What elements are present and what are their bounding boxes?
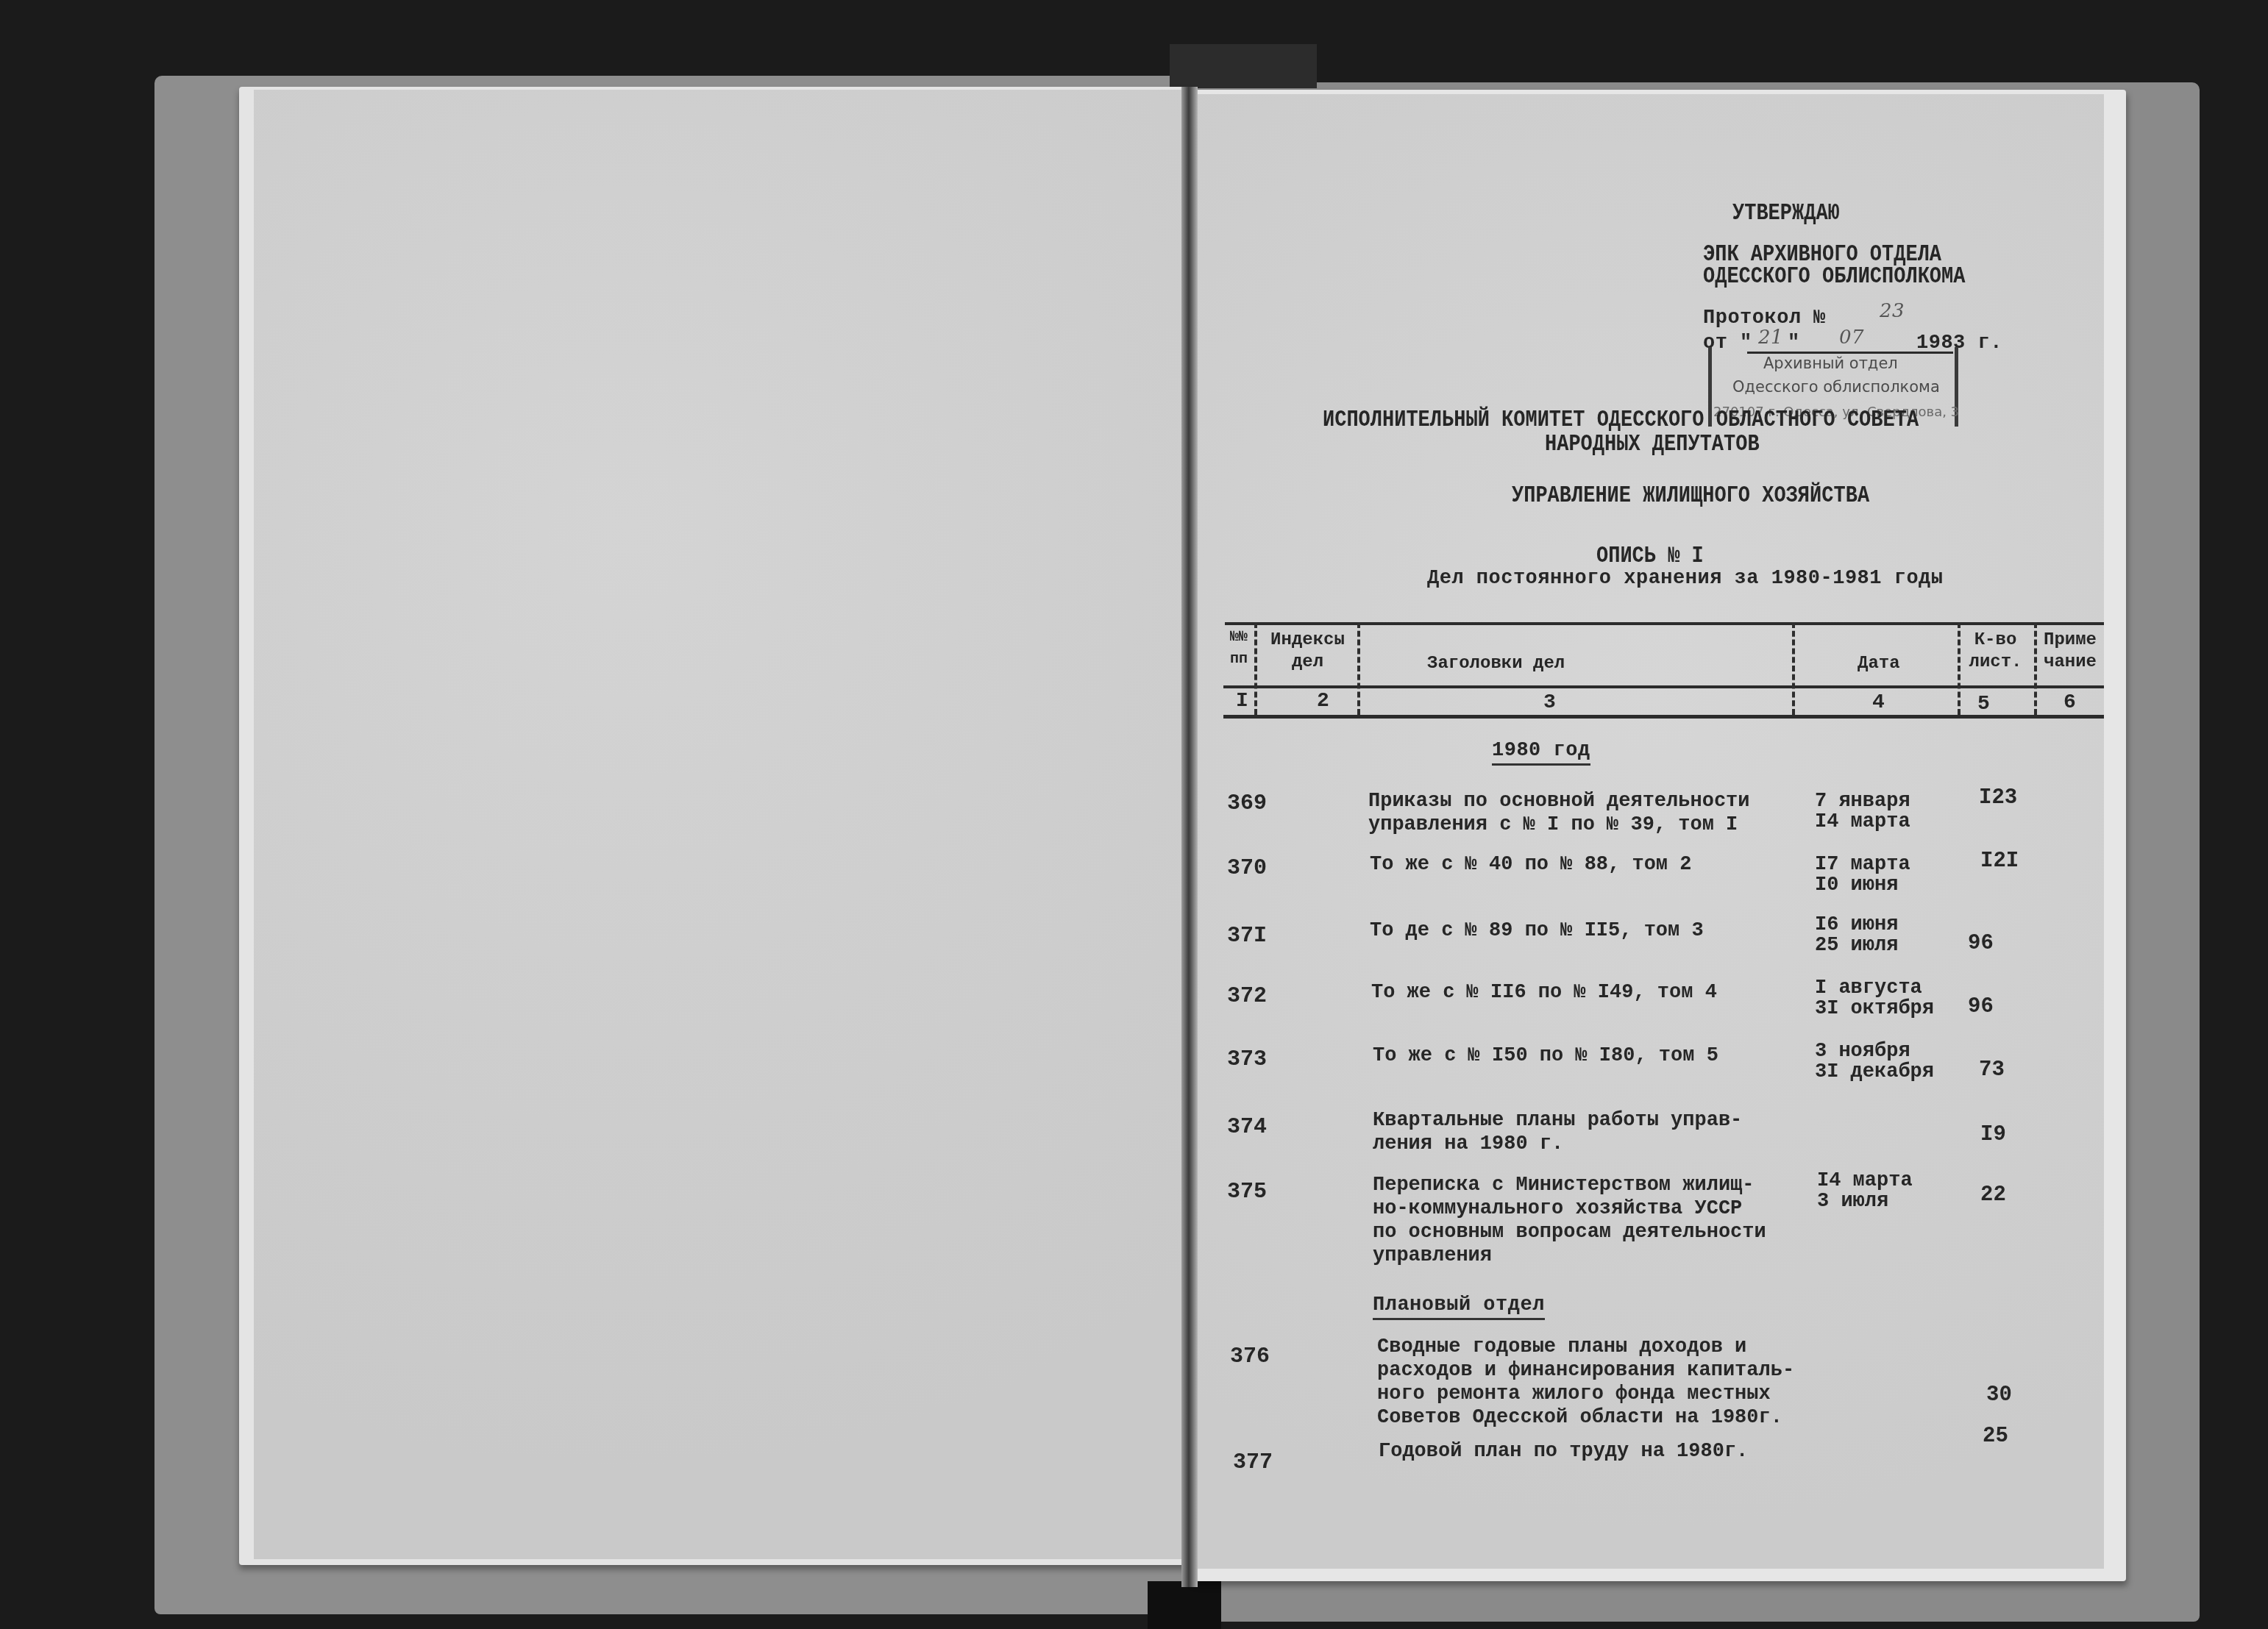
table-bottom-rule	[1223, 715, 2104, 719]
col-number: 6	[2063, 691, 2076, 714]
protocol-date-day-handwritten: 21	[1758, 327, 1783, 349]
row-sheets: I9	[1980, 1122, 2006, 1147]
department-title: УПРАВЛЕНИЕ ЖИЛИЩНОГО ХОЗЯЙСТВА	[1512, 484, 1869, 510]
year-heading: 1980 год	[1492, 740, 1590, 766]
row-title: То же с № 40 по № 88, том 2	[1370, 853, 1691, 877]
inventory-subtitle: Дел постоянного хранения за 1980-1981 го…	[1427, 568, 1944, 590]
row-number: 375	[1227, 1180, 1267, 1205]
row-title: То же с № II6 по № I49, том 4	[1371, 981, 1717, 1005]
col-number: 5	[1977, 693, 1990, 716]
inventory-title: ОПИСЬ № I	[1596, 544, 1704, 570]
row-title: То де с № 89 по № II5, том 3	[1370, 919, 1704, 943]
row-sheets: I23	[1979, 785, 2017, 810]
row-date: I6 июня 25 июля	[1815, 915, 1898, 956]
row-number: 373	[1227, 1047, 1267, 1072]
col-number: 4	[1872, 691, 1885, 714]
protocol-number-handwritten: 23	[1880, 300, 1905, 322]
row-sheets: 25	[1983, 1424, 2008, 1448]
row-sheets: 96	[1968, 931, 1994, 955]
table-header-rule	[1223, 685, 2104, 688]
left-page-blank	[254, 90, 1188, 1559]
approval-title: УТВЕРЖДАЮ	[1732, 202, 1840, 227]
col-header-note: Приме чание	[2036, 630, 2104, 674]
row-date: 3 ноября 3I декабря	[1815, 1041, 1934, 1083]
row-title: То же с № I50 по № I80, том 5	[1373, 1044, 1718, 1068]
book-spine-top	[1170, 44, 1317, 88]
col-number: 3	[1543, 691, 1556, 714]
book-gutter	[1181, 87, 1198, 1587]
col-header-date: Дата	[1858, 653, 1900, 675]
row-sheets: 22	[1980, 1183, 2006, 1207]
row-number: 370	[1227, 856, 1267, 881]
col-header-titles: Заголовки дел	[1427, 653, 1565, 675]
column-divider	[1254, 622, 1257, 715]
book-spine-bottom	[1148, 1581, 1221, 1629]
row-title: Квартальные планы работы управ- ления на…	[1373, 1109, 1742, 1156]
row-number: 369	[1227, 791, 1267, 816]
org-title-line2: НАРОДНЫХ ДЕПУТАТОВ	[1545, 432, 1760, 458]
row-date: I августа 3I октября	[1815, 978, 1934, 1019]
row-number: 376	[1230, 1344, 1270, 1369]
org-title-line1: ИСПОЛНИТЕЛЬНЫЙ КОМИТЕТ ОДЕССКОГО ОБЛАСТН…	[1323, 408, 1919, 434]
stamp-line2: Одесского облисполкома	[1732, 378, 1940, 396]
row-number: 372	[1227, 984, 1267, 1009]
row-title: Годовой план по труду на 1980г.	[1379, 1440, 1748, 1464]
row-sheets: I2I	[1980, 849, 2019, 873]
col-header-sheets: К-во лист.	[1960, 630, 2030, 674]
row-title: Переписка с Министерством жилищ- но-комм…	[1373, 1174, 1766, 1268]
row-number: 377	[1233, 1450, 1273, 1475]
row-number: 374	[1227, 1115, 1267, 1140]
row-date: I4 марта 3 июля	[1817, 1171, 1913, 1212]
row-sheets: 73	[1979, 1058, 2005, 1082]
column-divider	[1357, 622, 1360, 715]
approval-authority-line2: ОДЕССКОГО ОБЛИСПОЛКОМА	[1703, 265, 1965, 290]
row-title: Сводные годовые планы доходов и расходов…	[1377, 1336, 1794, 1430]
protocol-date-month-handwritten: 07	[1839, 327, 1864, 349]
col-number: I	[1236, 690, 1248, 713]
col-number: 2	[1317, 690, 1329, 713]
row-sheets: 30	[1986, 1383, 2012, 1407]
col-header-index: Индексы дел	[1258, 630, 1357, 674]
row-sheets: 96	[1968, 994, 1994, 1019]
stamp-line1: Архивный отдел	[1763, 354, 1898, 372]
section-heading: Плановый отдел	[1373, 1294, 1545, 1320]
row-title: Приказы по основной деятельности управле…	[1368, 790, 1749, 837]
col-header-number: №№ пп	[1223, 627, 1254, 671]
row-date: 7 января I4 марта	[1815, 791, 1910, 833]
row-date: I7 марта I0 июня	[1815, 855, 1910, 896]
row-number: 37I	[1227, 924, 1267, 949]
column-divider	[1792, 622, 1795, 715]
